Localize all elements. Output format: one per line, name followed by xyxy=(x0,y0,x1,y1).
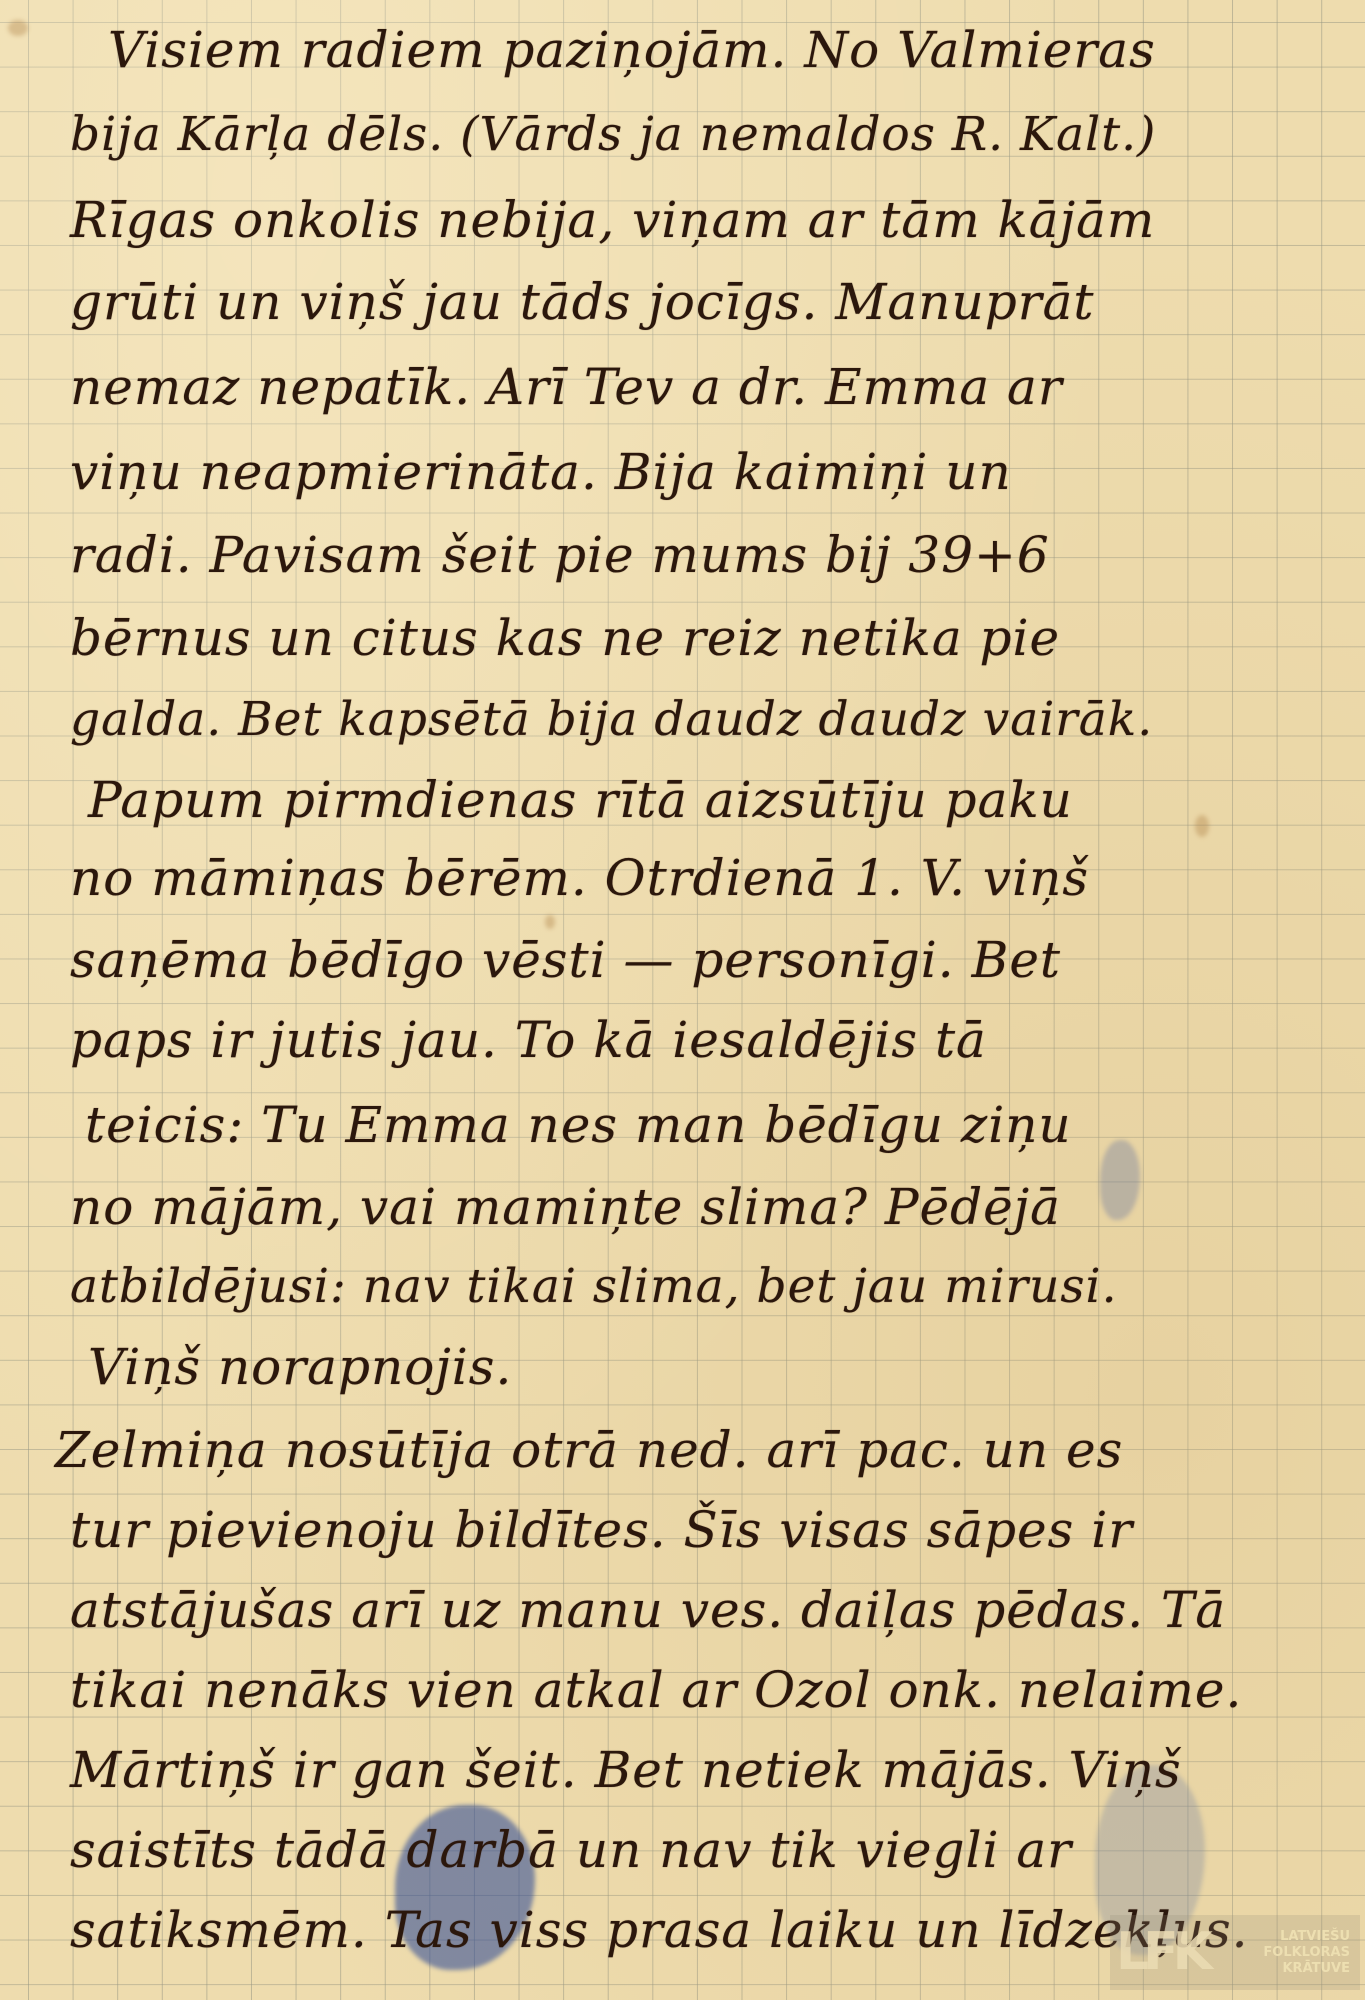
watermark-line: KRĀTUVE xyxy=(1236,1961,1350,1977)
watermark-text: LATVIEŠU FOLKLORAS KRĀTUVE xyxy=(1236,1929,1360,1977)
watermark-line: LATVIEŠU xyxy=(1236,1929,1350,1945)
watermark-line: FOLKLORAS xyxy=(1236,1945,1350,1961)
text-line: Mārtiņš ir gan šeit. Bet netiek mājās. V… xyxy=(70,1730,1365,1810)
letter-page: Visiem radiem paziņojām. No Valmieras bi… xyxy=(0,0,1365,2000)
lfk-logo-icon: LFK xyxy=(1110,1915,1236,1990)
text-line: saistīts tādā darbā un nav tik viegli ar xyxy=(70,1810,1365,1890)
text-line: tikai nenāks vien atkal ar Ozol onk. nel… xyxy=(70,1650,1365,1730)
archive-watermark: LFK LATVIEŠU FOLKLORAS KRĀTUVE xyxy=(1110,1915,1360,1990)
handwritten-text-continued: tikai nenāks vien atkal ar Ozol onk. nel… xyxy=(0,0,1365,2000)
